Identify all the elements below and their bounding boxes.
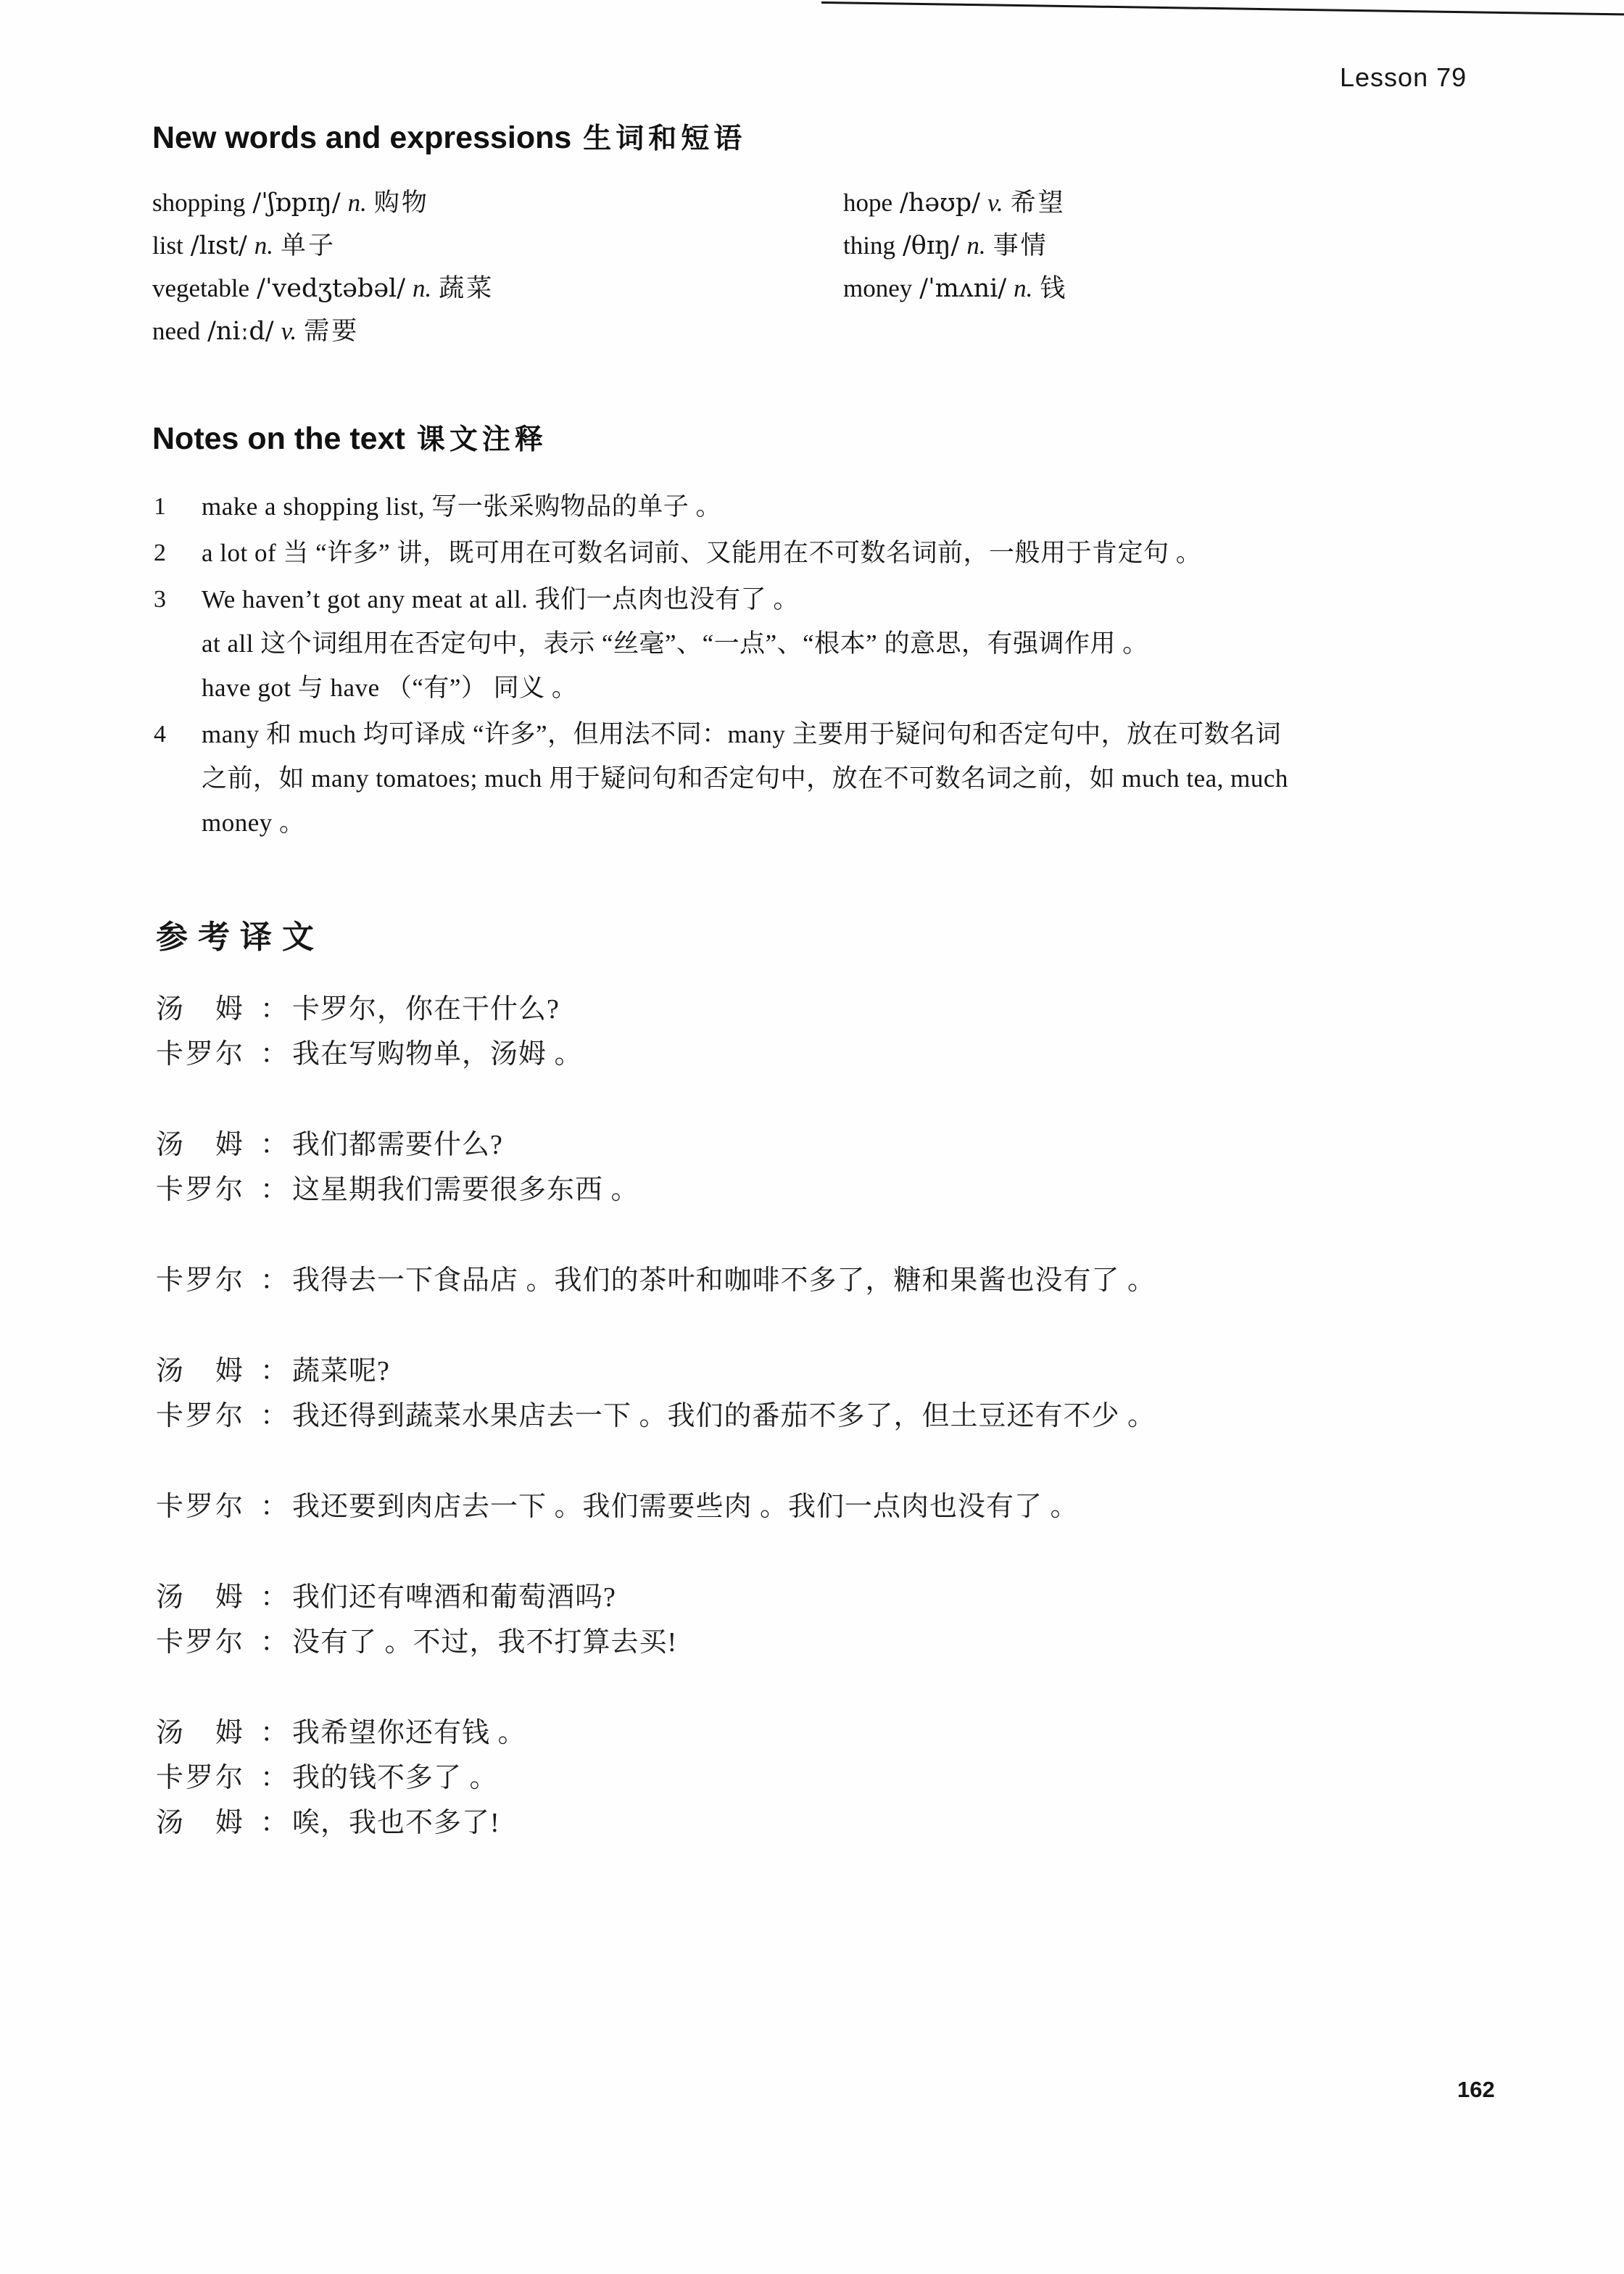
- dialogue-text: 这星期我们需要很多东西 。: [292, 1167, 639, 1207]
- word-pos: n.: [348, 189, 367, 217]
- word-text: money: [843, 274, 912, 302]
- dialogue-colon: ：: [256, 1122, 292, 1162]
- lesson-label: Lesson 79: [1340, 62, 1467, 93]
- word-phonetic: /həʊp/: [900, 189, 980, 218]
- word-entry: shopping/ˈʃɒpɪŋ/n.购物: [152, 190, 501, 216]
- dialogue-colon: ：: [256, 1619, 292, 1659]
- dialogue-speaker: 卡罗尔: [156, 1167, 256, 1207]
- dialogue-text: 我得去一下食品店 。我们的茶叶和咖啡不多了，糖和果酱也没有了 。: [292, 1257, 1156, 1297]
- dialogue-speaker: 卡罗尔: [156, 1755, 256, 1795]
- dialogue-text: 我在写购物单，汤姆 。: [292, 1031, 583, 1071]
- word-entry: vegetable/ˈvedʒtəbəl/n.蔬菜: [152, 276, 501, 302]
- dialogue-speaker: 汤 姆: [156, 1122, 256, 1162]
- word-meaning: 钱: [1040, 274, 1067, 302]
- word-phonetic: /ˈmʌni/: [919, 274, 1006, 303]
- word-phonetic: /θɪŋ/: [903, 231, 959, 260]
- dialogue-group: 汤 姆：我们都需要什么? 卡罗尔：这星期我们需要很多东西 。: [156, 1119, 1156, 1209]
- word-pos: n.: [1014, 274, 1032, 302]
- new-words-heading-zh: 生词和短语: [583, 123, 746, 154]
- notes-list: 1 make a shopping list, 写一张采购物品的单子 。 2 a…: [154, 484, 1480, 847]
- dialogue-colon: ：: [256, 1800, 292, 1840]
- dialogue-text: 蔬菜呢?: [292, 1348, 390, 1388]
- dialogue-line: 汤 姆：我们还有啤酒和葡萄酒吗?: [156, 1571, 1156, 1616]
- word-text: shopping: [152, 189, 245, 217]
- note-item: 2 a lot of 当 “许多” 讲，既可用在可数名词前、又能用在不可数名词前…: [154, 531, 1480, 575]
- word-meaning: 需要: [304, 317, 359, 345]
- dialogue-speaker: 卡罗尔: [156, 1257, 256, 1297]
- scan-edge-artifact: [821, 1, 1624, 16]
- dialogue-speaker: 卡罗尔: [156, 1484, 256, 1523]
- note-number: 3: [154, 577, 202, 710]
- word-meaning: 希望: [1011, 189, 1066, 217]
- word-text: thing: [843, 231, 895, 260]
- word-meaning: 事情: [993, 231, 1048, 260]
- note-number: 4: [154, 712, 202, 845]
- note-number: 1: [154, 484, 202, 529]
- dialogue-speaker: 汤 姆: [156, 1800, 256, 1840]
- word-entry: money/ˈmʌni/n.钱: [843, 276, 1074, 302]
- dialogue-text: 我还得到蔬菜水果店去一下 。我们的番茄不多了，但土豆还有不少 。: [292, 1393, 1156, 1433]
- word-entry: list/lɪst/n.单子: [152, 233, 501, 259]
- note-text-line: make a shopping list, 写一张采购物品的单子 。: [202, 484, 1480, 529]
- dialogue-line: 卡罗尔：这星期我们需要很多东西 。: [156, 1164, 1156, 1209]
- dialogue-line: 汤 姆：我希望你还有钱 。: [156, 1707, 1156, 1752]
- dialogue-line: 卡罗尔：没有了 。不过，我不打算去买!: [156, 1616, 1156, 1661]
- dialogue-colon: ：: [256, 1393, 292, 1433]
- note-text-line: a lot of 当 “许多” 讲，既可用在可数名词前、又能用在不可数名词前，一…: [202, 531, 1480, 575]
- word-text: hope: [843, 189, 892, 217]
- word-meaning: 购物: [374, 189, 429, 217]
- word-list-right-column: hope/həʊp/v.希望 thing/θɪŋ/n.事情 money/ˈmʌn…: [843, 190, 1074, 302]
- word-phonetic: /ˈʃɒpɪŋ/: [252, 189, 340, 218]
- word-pos: v.: [987, 189, 1003, 217]
- word-text: vegetable: [152, 274, 249, 302]
- dialogue-colon: ：: [256, 1710, 292, 1750]
- dialogue-speaker: 汤 姆: [156, 1574, 256, 1614]
- dialogue-line: 汤 姆：蔬菜呢?: [156, 1345, 1156, 1390]
- dialogue-speaker: 汤 姆: [156, 1710, 256, 1750]
- word-phonetic: /lɪst/: [191, 231, 247, 260]
- dialogue-group: 汤 姆：蔬菜呢? 卡罗尔：我还得到蔬菜水果店去一下 。我们的番茄不多了，但土豆还…: [156, 1345, 1156, 1435]
- word-entry: need/niːd/v.需要: [152, 318, 501, 344]
- note-text-line: at all 这个词组用在否定句中，表示 “丝毫”、“一点”、“根本” 的意思，…: [202, 621, 1480, 666]
- word-pos: v.: [281, 317, 297, 345]
- word-pos: n.: [254, 231, 273, 260]
- new-words-heading: New words and expressions生词和短语: [152, 116, 746, 157]
- dialogue-line: 卡罗尔：我得去一下食品店 。我们的茶叶和咖啡不多了，糖和果酱也没有了 。: [156, 1254, 1156, 1299]
- note-text-line: 之前，如 many tomatoes; much 用于疑问句和否定句中，放在不可…: [202, 756, 1480, 801]
- word-text: list: [152, 231, 183, 260]
- dialogue-group: 卡罗尔：我还要到肉店去一下 。我们需要些肉 。我们一点肉也没有了 。: [156, 1481, 1156, 1526]
- dialogue-speaker: 卡罗尔: [156, 1619, 256, 1659]
- dialogue-speaker: 卡罗尔: [156, 1393, 256, 1433]
- page-number: 162: [1457, 2077, 1495, 2103]
- dialogue-text: 我还要到肉店去一下 。我们需要些肉 。我们一点肉也没有了 。: [292, 1484, 1079, 1523]
- dialogue-line: 卡罗尔：我在写购物单，汤姆 。: [156, 1028, 1156, 1073]
- dialogue-text: 唉，我也不多了!: [292, 1800, 500, 1840]
- dialogue-colon: ：: [256, 1167, 292, 1207]
- notes-heading-zh: 课文注释: [417, 424, 547, 455]
- dialogue-group: 汤 姆：卡罗尔，你在干什么? 卡罗尔：我在写购物单，汤姆 。: [156, 983, 1156, 1073]
- dialogue-line: 汤 姆：卡罗尔，你在干什么?: [156, 983, 1156, 1028]
- note-item: 1 make a shopping list, 写一张采购物品的单子 。: [154, 484, 1480, 529]
- dialogue-group: 汤 姆：我希望你还有钱 。 卡罗尔：我的钱不多了 。 汤 姆：唉，我也不多了!: [156, 1707, 1156, 1842]
- word-pos: n.: [966, 231, 985, 260]
- note-item: 4 many 和 much 均可译成 “许多”，但用法不同：many 主要用于疑…: [154, 712, 1480, 845]
- word-entry: hope/həʊp/v.希望: [843, 190, 1074, 216]
- dialogue-line: 汤 姆：我们都需要什么?: [156, 1119, 1156, 1164]
- note-text-line: have got 与 have （“有”） 同义 。: [202, 666, 1480, 710]
- dialogue-line: 卡罗尔：我还要到肉店去一下 。我们需要些肉 。我们一点肉也没有了 。: [156, 1481, 1156, 1526]
- word-meaning: 蔬菜: [439, 274, 494, 302]
- dialogue-speaker: 汤 姆: [156, 986, 256, 1026]
- textbook-page: Lesson 79 New words and expressions生词和短语…: [0, 0, 1624, 2274]
- word-pos: n.: [413, 274, 431, 302]
- translation-heading: 参考译文: [156, 911, 324, 957]
- translation-dialogue: 汤 姆：卡罗尔，你在干什么? 卡罗尔：我在写购物单，汤姆 。 汤 姆：我们都需要…: [156, 983, 1156, 1842]
- dialogue-colon: ：: [256, 1484, 292, 1523]
- dialogue-colon: ：: [256, 1574, 292, 1614]
- dialogue-group: 卡罗尔：我得去一下食品店 。我们的茶叶和咖啡不多了，糖和果酱也没有了 。: [156, 1254, 1156, 1299]
- word-phonetic: /ˈvedʒtəbəl/: [257, 274, 405, 303]
- note-item: 3 We haven’t got any meat at all. 我们一点肉也…: [154, 577, 1480, 710]
- dialogue-colon: ：: [256, 1257, 292, 1297]
- dialogue-text: 卡罗尔，你在干什么?: [292, 986, 560, 1026]
- dialogue-text: 我的钱不多了 。: [292, 1755, 498, 1795]
- word-phonetic: /niːd/: [207, 317, 274, 346]
- dialogue-speaker: 卡罗尔: [156, 1031, 256, 1071]
- dialogue-group: 汤 姆：我们还有啤酒和葡萄酒吗? 卡罗尔：没有了 。不过，我不打算去买!: [156, 1571, 1156, 1661]
- notes-heading-en: Notes on the text: [152, 421, 405, 456]
- dialogue-line: 卡罗尔：我的钱不多了 。: [156, 1752, 1156, 1797]
- word-list-left-column: shopping/ˈʃɒpɪŋ/n.购物 list/lɪst/n.单子 vege…: [152, 190, 501, 344]
- new-words-heading-en: New words and expressions: [152, 120, 571, 155]
- note-text-line: money 。: [202, 801, 1480, 845]
- dialogue-speaker: 汤 姆: [156, 1348, 256, 1388]
- dialogue-text: 我们还有啤酒和葡萄酒吗?: [292, 1574, 616, 1614]
- note-text-line: We haven’t got any meat at all. 我们一点肉也没有…: [202, 577, 1480, 621]
- notes-heading: Notes on the text课文注释: [152, 417, 547, 458]
- dialogue-line: 汤 姆：唉，我也不多了!: [156, 1797, 1156, 1842]
- dialogue-colon: ：: [256, 1755, 292, 1795]
- dialogue-colon: ：: [256, 986, 292, 1026]
- dialogue-text: 我希望你还有钱 。: [292, 1710, 526, 1750]
- word-text: need: [152, 317, 200, 345]
- dialogue-colon: ：: [256, 1348, 292, 1388]
- word-meaning: 单子: [281, 231, 336, 260]
- note-number: 2: [154, 531, 202, 575]
- dialogue-text: 我们都需要什么?: [292, 1122, 503, 1162]
- dialogue-colon: ：: [256, 1031, 292, 1071]
- dialogue-text: 没有了 。不过，我不打算去买!: [292, 1619, 677, 1659]
- word-entry: thing/θɪŋ/n.事情: [843, 233, 1074, 259]
- note-text-line: many 和 much 均可译成 “许多”，但用法不同：many 主要用于疑问句…: [202, 712, 1480, 756]
- dialogue-line: 卡罗尔：我还得到蔬菜水果店去一下 。我们的番茄不多了，但土豆还有不少 。: [156, 1390, 1156, 1435]
